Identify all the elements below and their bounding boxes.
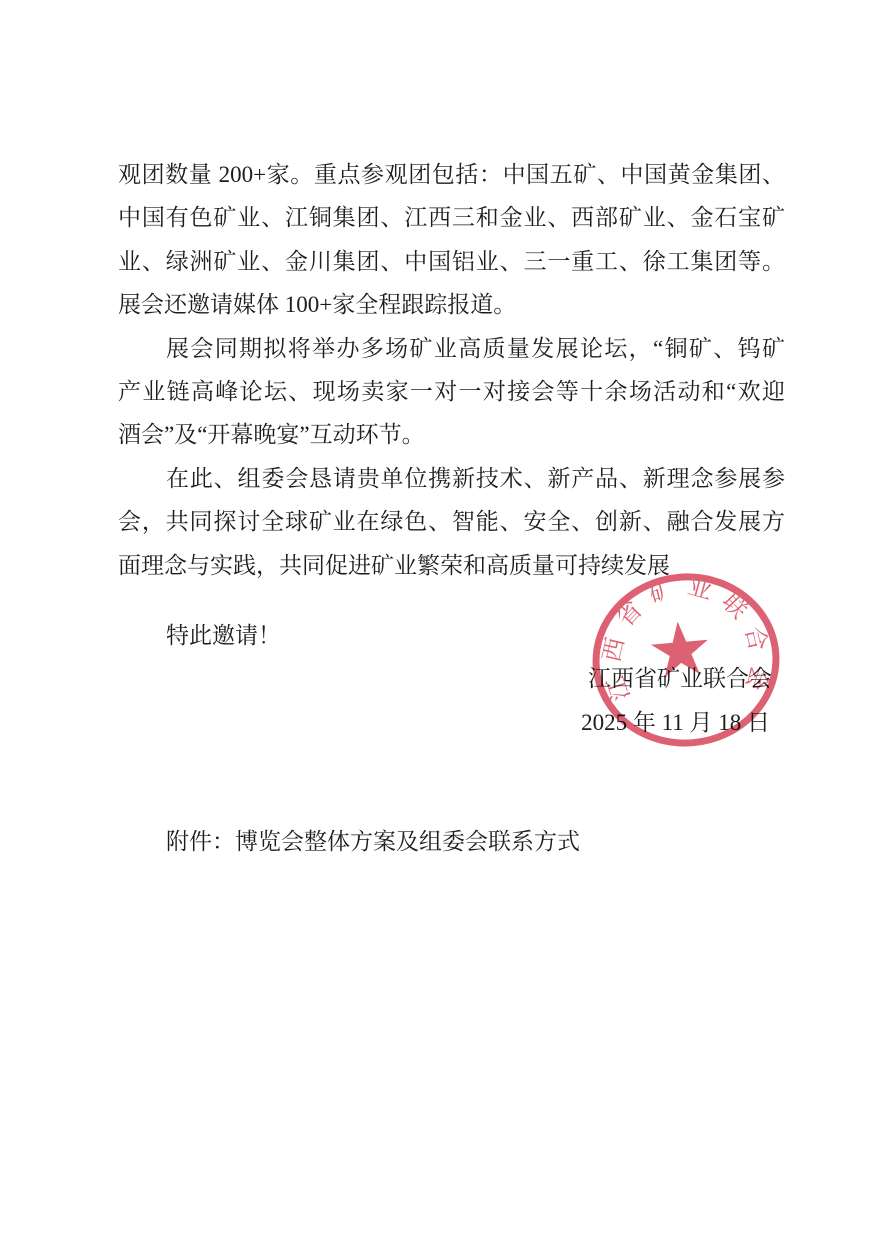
body-line-6: 产业链高峰论坛、现场卖家一对一对接会等十余场活动和“欢迎	[118, 370, 785, 413]
body-line-2: 中国有色矿业、江铜集团、江西三和金业、西部矿业、金石宝矿	[118, 196, 785, 239]
body-line-1: 观团数量 200+家。重点参观团包括：中国五矿、中国黄金集团、	[118, 153, 785, 196]
closing-line: 特此邀请！	[118, 614, 785, 657]
document-page: 观团数量 200+家。重点参观团包括：中国五矿、中国黄金集团、 中国有色矿业、江…	[0, 0, 880, 1244]
signature-line: 江西省矿业联合会	[118, 657, 785, 700]
attachment-line: 附件：博览会整体方案及组委会联系方式	[118, 820, 785, 863]
body-line-9: 会，共同探讨全球矿业在绿色、智能、安全、创新、融合发展方	[118, 500, 785, 543]
body-line-4: 展会还邀请媒体 100+家全程跟踪报道。	[118, 283, 785, 326]
body-line-5: 展会同期拟将举办多场矿业高质量发展论坛，“铜矿、钨矿	[118, 327, 785, 370]
body-line-7: 酒会”及“开幕晚宴”互动环节。	[118, 413, 785, 456]
body-line-3: 业、绿洲矿业、金川集团、中国铝业、三一重工、徐工集团等。	[118, 240, 785, 283]
date-line: 2025 年 11 月 18 日	[118, 701, 785, 744]
letter-body: 观团数量 200+家。重点参观团包括：中国五矿、中国黄金集团、 中国有色矿业、江…	[118, 153, 785, 863]
body-line-8: 在此、组委会恳请贵单位携新技术、新产品、新理念参展参	[118, 457, 785, 500]
body-line-10: 面理念与实践，共同促进矿业繁荣和高质量可持续发展	[118, 544, 785, 587]
